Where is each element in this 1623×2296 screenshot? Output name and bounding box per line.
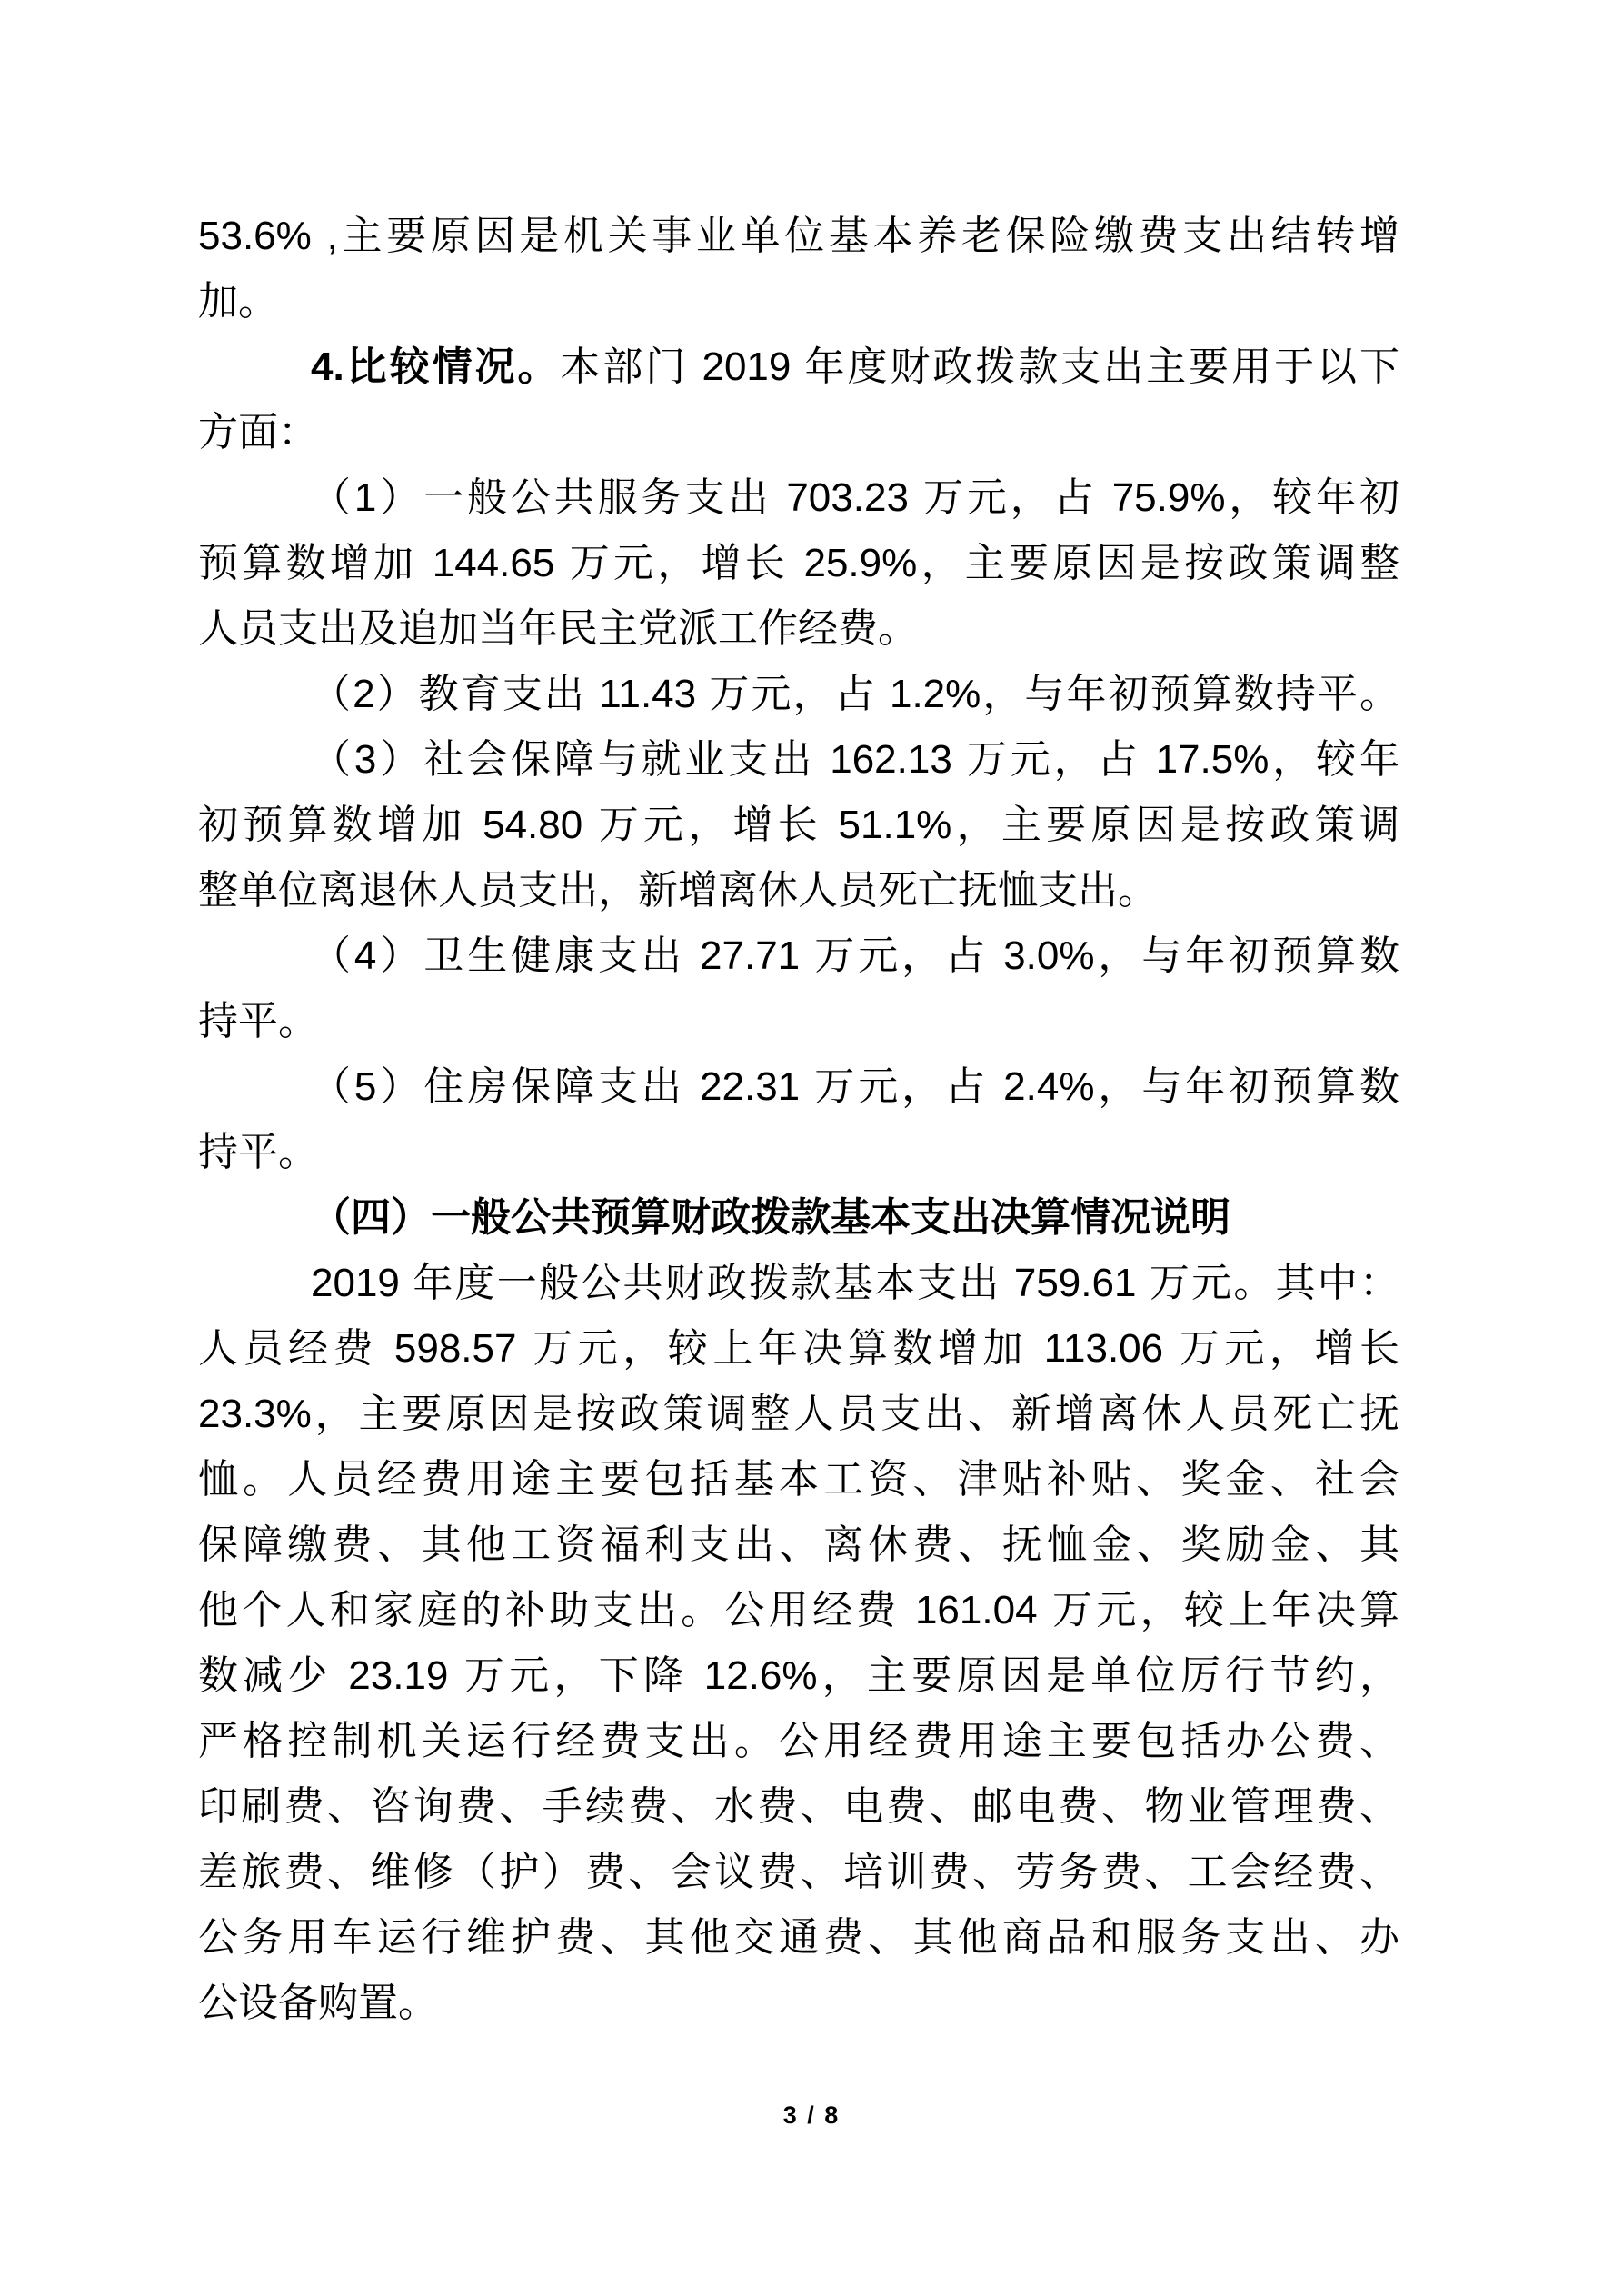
section-heading-4: 4.比较情况。本部门 2019 年度财政拨款支出主要用于以下 (198, 334, 1399, 400)
text-line: （1）一般公共服务支出 703.23 万元，占 75.9%，较年初 (198, 465, 1399, 531)
text-line: 公设备购置。 (198, 1971, 1399, 2036)
text-line: （5）住房保障支出 22.31 万元，占 2.4%，与年初预算数 (198, 1054, 1399, 1120)
text-line: 人员支出及追加当年民主党派工作经费。 (198, 596, 1399, 662)
text-line: 严格控制机关运行经费支出。公用经费用途主要包括办公费、 (198, 1709, 1399, 1774)
text-line: （3）社会保障与就业支出 162.13 万元，占 17.5%，较年 (198, 727, 1399, 793)
text-line: 保障缴费、其他工资福利支出、离休费、抚恤金、奖励金、其 (198, 1512, 1399, 1578)
text-line: 2019 年度一般公共财政拨款基本支出 759.61 万元。其中： (198, 1251, 1399, 1316)
text-line: 53.6% ,主要原因是机关事业单位基本养老保险缴费支出结转增 (198, 204, 1399, 269)
document-page: 53.6% ,主要原因是机关事业单位基本养老保险缴费支出结转增 加。 4.比较情… (0, 0, 1623, 2296)
section-heading-si: （四）一般公共预算财政拨款基本支出决算情况说明 (198, 1185, 1399, 1251)
section-heading-4-bold-run: 4.比较情况。 (311, 344, 560, 389)
document-body: 53.6% ,主要原因是机关事业单位基本养老保险缴费支出结转增 加。 4.比较情… (198, 204, 1399, 2036)
text-line: 持平。 (198, 989, 1399, 1054)
text-line: （2）教育支出 11.43 万元，占 1.2%，与年初预算数持平。 (198, 662, 1399, 727)
text-line: （4）卫生健康支出 27.71 万元，占 3.0%，与年初预算数 (198, 923, 1399, 989)
text-line: 数减少 23.19 万元，下降 12.6%，主要原因是单位厉行节约， (198, 1643, 1399, 1709)
text-line: 他个人和家庭的补助支出。公用经费 161.04 万元，较上年决算 (198, 1578, 1399, 1643)
text-line: 人员经费 598.57 万元，较上年决算数增加 113.06 万元，增长 (198, 1316, 1399, 1382)
text-line: 加。 (198, 269, 1399, 334)
text-line: 恤。人员经费用途主要包括基本工资、津贴补贴、奖金、社会 (198, 1447, 1399, 1512)
text-line: 整单位离退休人员支出，新增离休人员死亡抚恤支出。 (198, 858, 1399, 923)
page-number: 3 / 8 (0, 2101, 1623, 2130)
text-line: 预算数增加 144.65 万元，增长 25.9%，主要原因是按政策调整 (198, 531, 1399, 596)
text-line: 23.3%，主要原因是按政策调整人员支出、新增离休人员死亡抚 (198, 1382, 1399, 1447)
text-line: 差旅费、维修（护）费、会议费、培训费、劳务费、工会经费、 (198, 1840, 1399, 1905)
text-line: 初预算数增加 54.80 万元，增长 51.1%，主要原因是按政策调 (198, 793, 1399, 858)
text-line: 公务用车运行维护费、其他交通费、其他商品和服务支出、办 (198, 1905, 1399, 1971)
text-line: 方面： (198, 400, 1399, 465)
text-line: 印刷费、咨询费、手续费、水费、电费、邮电费、物业管理费、 (198, 1774, 1399, 1840)
section-heading-4-rest: 本部门 2019 年度财政拨款支出主要用于以下 (560, 344, 1399, 389)
text-line: 持平。 (198, 1120, 1399, 1185)
